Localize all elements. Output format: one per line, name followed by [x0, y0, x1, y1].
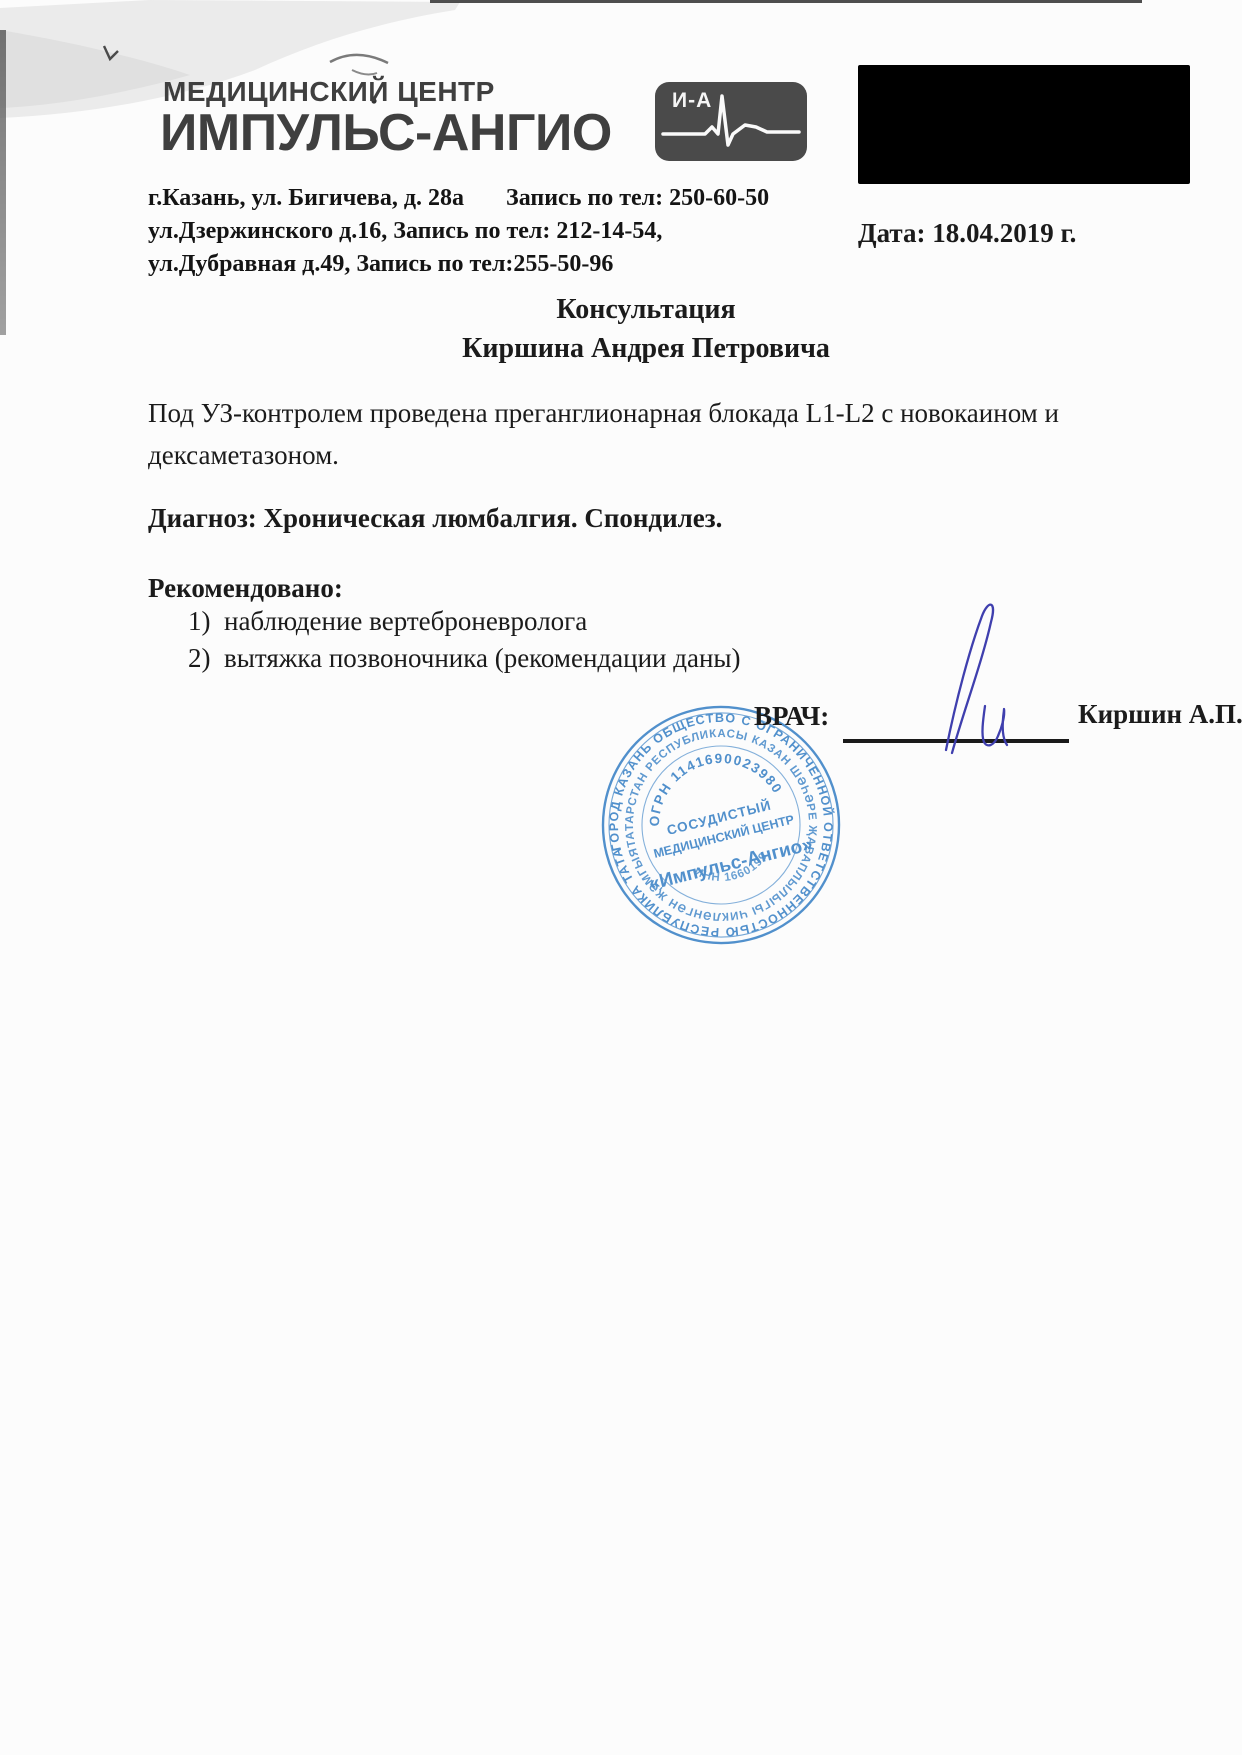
- ecg-waveform-icon: [655, 82, 807, 161]
- address-1-phone: Запись по тел: 250-60-50: [506, 185, 769, 211]
- patient-name: Киршина Андрея Петровича: [25, 335, 1242, 363]
- scan-top-edge-line: [430, 0, 1142, 3]
- item-number: 2): [188, 645, 211, 672]
- document-title-block: Консультация Киршина Андрея Петровича: [25, 296, 1242, 363]
- clinic-name-label: ИМПУЛЬС-АНГИО: [160, 107, 612, 159]
- item-text: вытяжка позвоночника (рекомендации даны): [224, 645, 741, 672]
- address-line-3: ул.Дубравная д.49, Запись по тел:255-50-…: [148, 252, 613, 276]
- consultation-title: Консультация: [25, 296, 1242, 324]
- clinic-type-label: МЕДИЦИНСКИЙ ЦЕНТР: [163, 78, 495, 106]
- doctor-name: Киршин А.П.: [1078, 699, 1242, 730]
- address-1-street: г.Казань, ул. Бигичева, д. 28а: [148, 185, 464, 211]
- address-line-2: ул.Дзержинского д.16, Запись по тел: 212…: [148, 219, 662, 243]
- procedure-paragraph: Под УЗ-контролем проведена преганглионар…: [148, 392, 1106, 476]
- diagnosis-line: Диагноз: Хроническая люмбалгия. Спондиле…: [148, 503, 722, 534]
- doctor-label: ВРАЧ:: [754, 701, 829, 732]
- document-date: Дата: 18.04.2019 г.: [858, 218, 1076, 249]
- doctor-signature: [900, 588, 1060, 768]
- redaction-box: [858, 65, 1190, 184]
- item-number: 1): [188, 608, 211, 635]
- scanned-document-page: МЕДИЦИНСКИЙ ЦЕНТР ИМПУЛЬС-АНГИО И-А г.Ка…: [0, 0, 1242, 1755]
- clinic-logo-badge: И-А: [655, 82, 807, 161]
- address-line-1: г.Казань, ул. Бигичева, д. 28аЗапись по …: [148, 186, 769, 210]
- recommendations-label: Рекомендовано:: [148, 573, 343, 604]
- item-text: наблюдение вертеброневролога: [224, 608, 587, 635]
- scan-edge-strip: [0, 30, 6, 335]
